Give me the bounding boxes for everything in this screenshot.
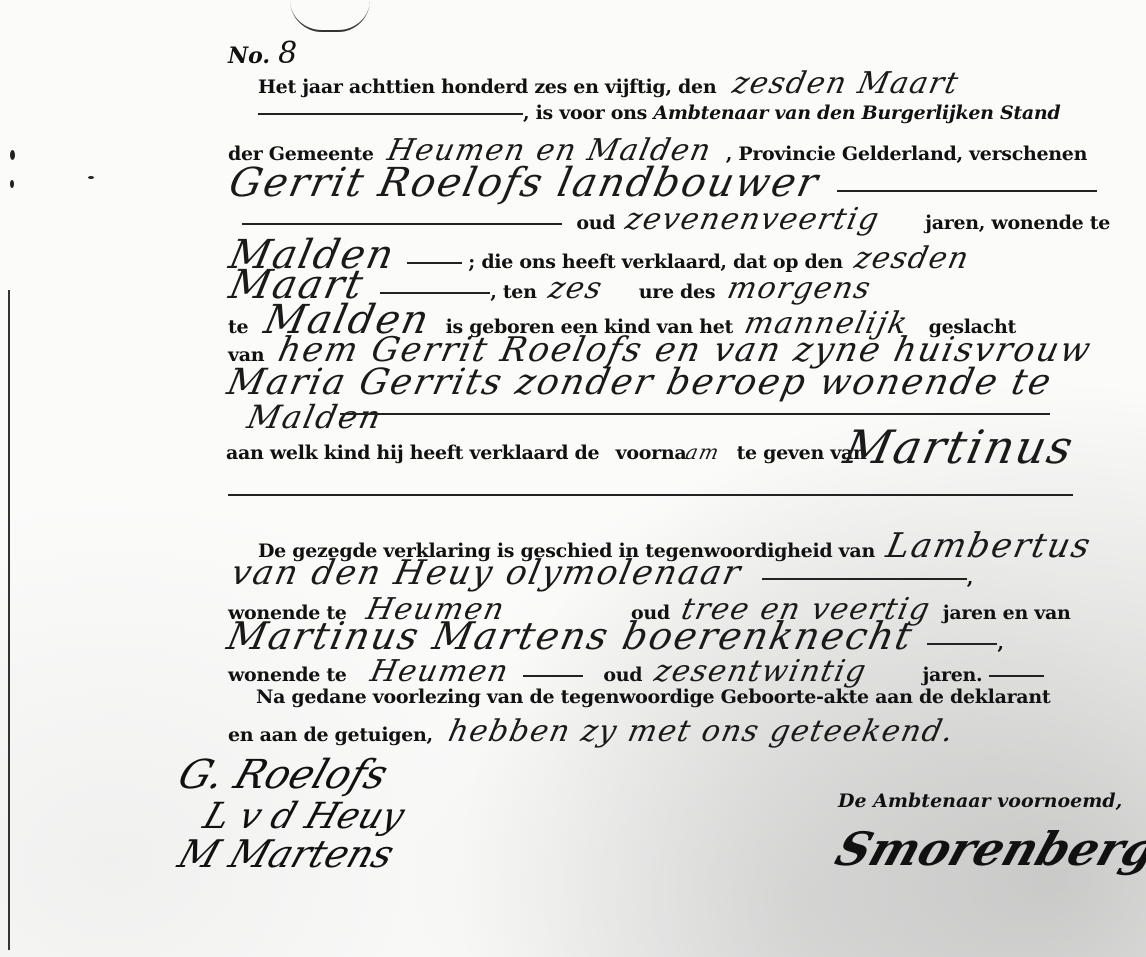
blank-line: [762, 577, 967, 580]
printed-text: oud: [576, 212, 615, 234]
signature-witness1: L v d Heuy: [198, 796, 409, 837]
ink-mark: [10, 180, 14, 188]
line-1: Het jaar achttien honderd zes en vijftig…: [258, 66, 958, 101]
printed-text: Na gedane voorlezing van de tegenwoordig…: [256, 686, 1050, 708]
blank-line: [258, 112, 523, 115]
line-18: Na gedane voorlezing van de tegenwoordig…: [256, 686, 1050, 708]
handwritten-witness1: van den Heuy olymolenaar: [228, 553, 746, 593]
signature-declarant: G. Roelofs: [173, 752, 394, 798]
printed-text: oud: [603, 664, 642, 686]
handwritten-mother-residence: Malden: [244, 398, 386, 436]
printed-text: aan welk kind hij heeft verklaard de: [226, 442, 599, 464]
top-flourish: [290, 0, 370, 32]
handwritten-mother: Maria Gerrits zonder beroep wonende te: [224, 362, 1057, 403]
printed-text: Het jaar achttien honderd zes en vijftig…: [258, 76, 716, 98]
handwritten-declarant: Gerrit Roelofs landbouwer: [225, 160, 824, 206]
document-page: No.8 Het jaar achttien honderd zes en vi…: [0, 0, 1146, 957]
printed-text-italic: Ambtenaar van den Burgerlijken Stand: [653, 102, 1060, 124]
blank-line: [380, 291, 490, 294]
printed-text: voorna: [616, 442, 687, 464]
line-14: van den Heuy olymolenaar ,: [232, 553, 973, 593]
handwritten-child-name: Martinus: [839, 420, 1079, 474]
printed-text: jaren, wonende te: [925, 212, 1110, 234]
blank-line: [242, 222, 562, 225]
signature-witness2: M Martens: [173, 832, 400, 876]
handwritten-witness2: Martinus Martens boerenknecht: [223, 614, 917, 658]
line-19: en aan de getuigen, hebben zy met ons ge…: [228, 714, 954, 749]
line-16: Martinus Martens boerenknecht ,: [228, 614, 1004, 658]
page-edge: [8, 290, 10, 950]
blank-line: [228, 494, 1073, 496]
line-11: Malden: [248, 398, 382, 436]
handwritten-date: zesden Maart: [729, 66, 962, 101]
blank-line: [927, 642, 997, 645]
ink-mark: [10, 150, 15, 160]
line-12-name: Martinus: [845, 420, 1074, 474]
handwritten-witness2-residence: Heumen: [367, 654, 512, 689]
ink-mark: [88, 176, 94, 179]
blank-line: [837, 189, 1097, 192]
blank-line: [523, 674, 583, 677]
line-12: aan welk kind hij heeft verklaard de voo…: [226, 440, 867, 464]
line-2: , is voor ons Ambtenaar van den Burgerli…: [258, 102, 1060, 124]
line-10: Maria Gerrits zonder beroep wonende te: [228, 362, 1052, 403]
printed-text: wonende te: [228, 664, 347, 686]
printed-text: jaren.: [922, 664, 982, 686]
handwritten-suffix: am: [684, 440, 723, 464]
handwritten-witness2-age: zesentwintig: [651, 654, 870, 689]
line-4: Gerrit Roelofs landbouwer: [230, 160, 1097, 206]
line-17: wonende te Heumen oud zesentwintig jaren…: [228, 654, 1044, 689]
blank-line: [989, 674, 1044, 677]
handwritten-closing: hebben zy met ons geteekend.: [445, 714, 957, 749]
printed-text: , is voor ons: [523, 102, 647, 124]
signature-officer: Smorenberg: [829, 822, 1146, 876]
printed-text: en aan de getuigen,: [228, 724, 433, 746]
officer-label: De Ambtenaar voornoemd,: [838, 790, 1122, 812]
blank-line: [340, 413, 1050, 415]
